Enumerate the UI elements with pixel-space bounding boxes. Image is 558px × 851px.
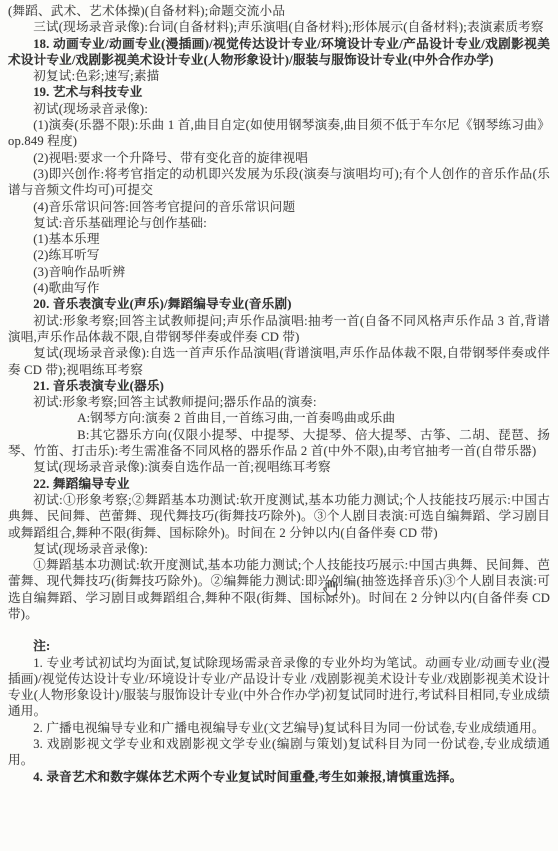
paragraph: (1)基本乐理: [8, 231, 550, 247]
paragraph: ①舞蹈基本功测试:软开度测试,基本功能力测试;个人技能技巧展示:中国古典舞、民间…: [8, 557, 550, 622]
section-heading: 22. 舞蹈编导专业: [8, 476, 550, 492]
note: 1. 专业考试初试均为面试,复试除现场需录音录像的专业外均为笔试。动画专业/动画…: [8, 655, 550, 720]
paragraph: A:钢琴方向:演奏 2 首曲目,一首练习曲,一首奏鸣曲或乐曲: [8, 410, 550, 426]
paragraph: 复试(现场录音录像):: [8, 541, 550, 557]
paragraph: (2)视唱:要求一个升降号、带有变化音的旋律视唱: [8, 150, 550, 166]
paragraph: 三试(现场录音录像):台词(自备材料);声乐演唱(自备材料);形体展示(自备材料…: [8, 19, 550, 35]
paragraph: B:其它器乐方向(仅限小提琴、中提琴、大提琴、倍大提琴、古筝、二胡、琵琶、扬琴、…: [8, 427, 550, 460]
paragraph: 复试(现场录音录像):自选一首声乐作品演唱(背谱演唱,声乐作品体裁不限,自带钢琴…: [8, 345, 550, 378]
document-page: (舞蹈、武术、艺术体操)(自备材料);命题交流小品三试(现场录音录像):台词(自…: [0, 0, 558, 851]
paragraph: (舞蹈、武术、艺术体操)(自备材料);命题交流小品: [8, 3, 550, 19]
paragraph: 复试:音乐基础理论与创作基础:: [8, 215, 550, 231]
note: 4. 录音艺术和数字媒体艺术两个专业复试时间重叠,考生如兼报,请慎重选择。: [8, 769, 550, 785]
paragraph: 初试(现场录音录像):: [8, 101, 550, 117]
paragraph: (4)歌曲写作: [8, 280, 550, 296]
paragraph: 复试(现场录音录像):演奏自选作品一首;视唱练耳考察: [8, 459, 550, 475]
note: 2. 广播电视编导专业和广播电视编导专业(文艺编导)复试科目为同一份试卷,专业成…: [8, 720, 550, 736]
section-heading: 20. 音乐表演专业(声乐)/舞蹈编导专业(音乐剧): [8, 296, 550, 312]
section-heading: 18. 动画专业/动画专业(漫插画)/视觉传达设计专业/环境设计专业/产品设计专…: [8, 36, 550, 69]
paragraph: 初试:①形象考察;②舞蹈基本功测试:软开度测试,基本功能力测试;个人技能技巧展示…: [8, 492, 550, 541]
section-heading: 21. 音乐表演专业(器乐): [8, 378, 550, 394]
note: 3. 戏剧影视文学专业和戏剧影视文学专业(编剧与策划)复试科目为同一份试卷,专业…: [8, 736, 550, 769]
paragraph: (1)演奏(乐器不限):乐曲 1 首,曲目自定(如使用钢琴演奏,曲目须不低于车尔…: [8, 117, 550, 150]
paragraph: (3)音响作品听辨: [8, 264, 550, 280]
paragraph: (2)练耳听写: [8, 247, 550, 263]
paragraph: (3)即兴创作:将考官指定的动机即兴发展为乐段(演奏与演唱均可);有个人创作的音…: [8, 166, 550, 199]
section-heading: 19. 艺术与科技专业: [8, 84, 550, 100]
paragraph: (4)音乐常识问答:回答考官提问的音乐常识问题: [8, 199, 550, 215]
paragraph: 初复试:色彩;速写;素描: [8, 68, 550, 84]
notes-heading: 注:: [8, 638, 550, 654]
paragraph: 初试:形象考察;回答主试教师提问;声乐作品演唱:抽考一首(自备不同风格声乐作品 …: [8, 313, 550, 346]
document-body: (舞蹈、武术、艺术体操)(自备材料);命题交流小品三试(现场录音录像):台词(自…: [8, 3, 550, 785]
paragraph: 初试:形象考察;回答主试教师提问;器乐作品的演奏:: [8, 394, 550, 410]
